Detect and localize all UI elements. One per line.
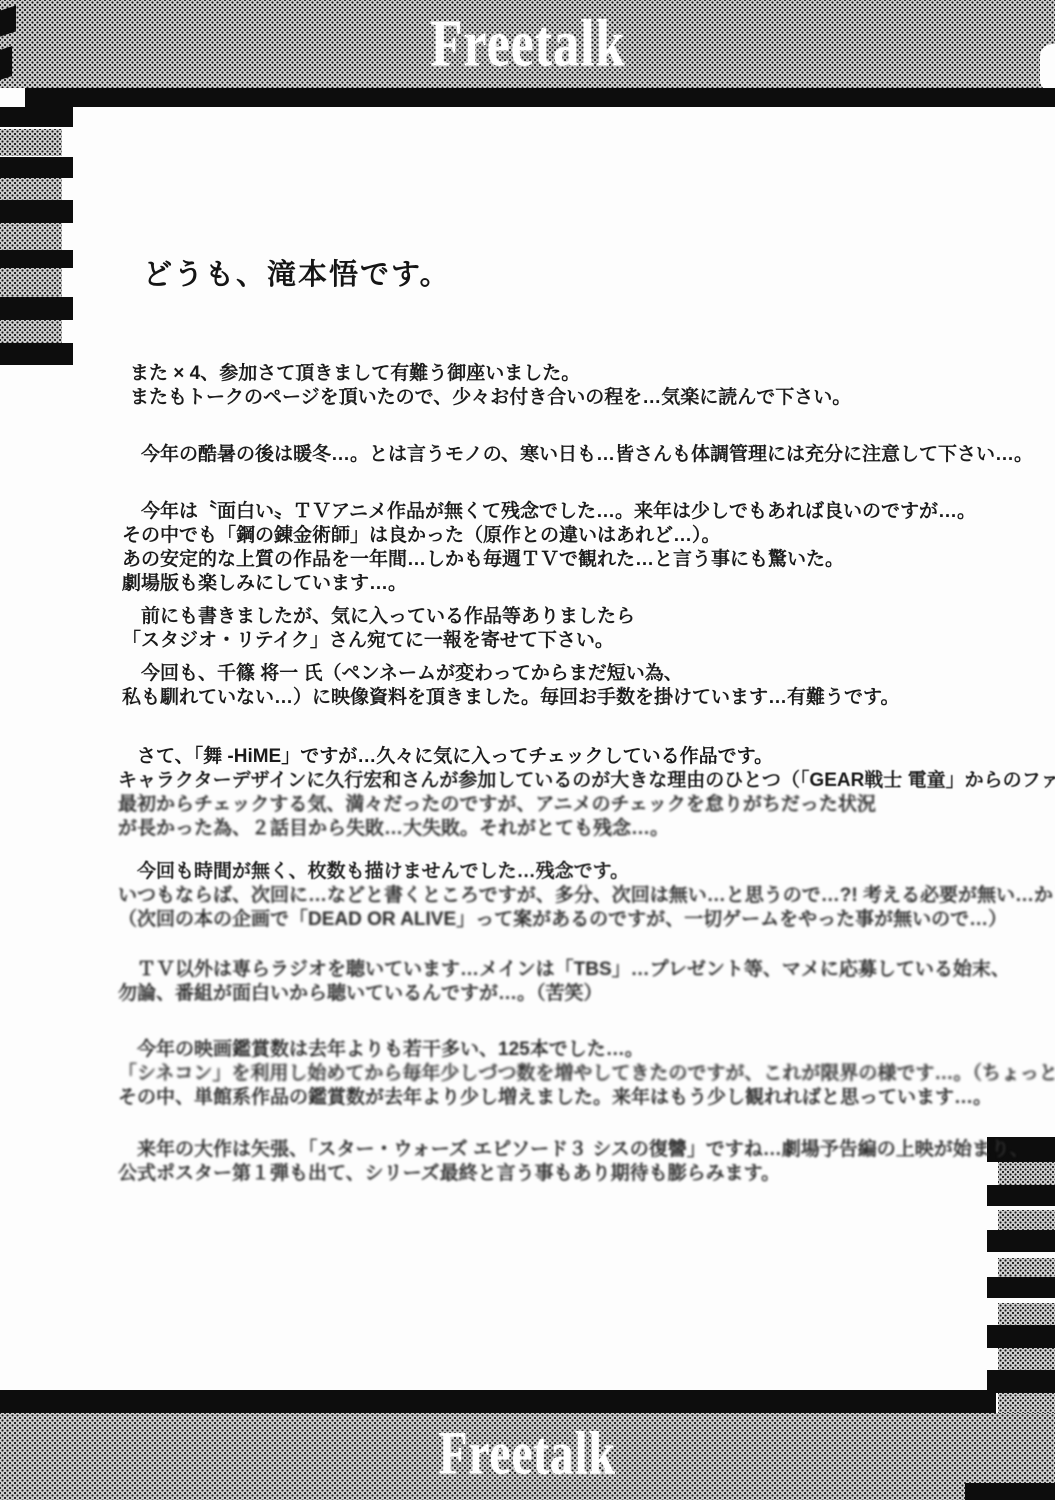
paragraph: 来年の大作は矢張、「スター・ウォーズ エピソード３ シスの復讐」ですね…劇場予告… <box>118 1138 1029 1186</box>
paragraph: 今年の映画鑑賞数は去年よりも若干多い、125本でした…。 「シネコン」を利用し始… <box>118 1038 1055 1110</box>
footer-banner: Freetalk <box>0 1413 1055 1500</box>
header-banner: Freetalk <box>0 0 1055 88</box>
left-stripe-black <box>0 297 73 320</box>
paragraph-line: 「スタジオ・リテイク」さん宛てに一報を寄せて下さい。 <box>122 629 635 653</box>
left-stripe-black <box>0 107 73 127</box>
paragraph-line: 「シネコン」を利用し始めてから毎年少しづつ数を増やしてきたのですが、これが限界の… <box>118 1062 1055 1086</box>
paragraph: 今年は〝面白い〟ＴＶアニメ作品が無くて残念でした…。来年は少しでもあれば良いので… <box>122 500 976 596</box>
right-stripe-black <box>987 1230 1055 1252</box>
paragraph-line: キャラクターデザインに久行宏和さんが参加しているのが大きな理由のひとつ（「GEA… <box>118 769 1055 793</box>
scan-edge-mark <box>0 5 16 36</box>
scan-edge-mark <box>0 46 12 80</box>
paragraph-line: いつもならば、次回に…などと書くところですが、多分、次回は無い…と思うので…?!… <box>118 884 1055 908</box>
scanned-freetalk-page: Freetalk Freetalk どうも、滝本悟です。 また × 4、参加さて… <box>0 0 1055 1500</box>
paragraph-line: さて、「舞 -HiME」ですが…久々に気に入ってチェックしている作品です。 <box>118 745 1055 769</box>
paragraph: また × 4、参加さて頂きまして有難う御座いました。 またもトークのページを頂い… <box>130 362 851 410</box>
paragraph-line: 今回も、千篠 将一 氏（ペンネームが変わってからまだ短い為、 <box>122 662 899 686</box>
left-stripe-halftone <box>0 320 62 343</box>
left-stripe-black <box>0 250 73 268</box>
paragraph-line: あの安定的な上質の作品を一年間…しかも毎週ＴＶで観れた…と言う事にも驚いた。 <box>122 548 976 572</box>
paragraph-line: 劇場版も楽しみにしています…。 <box>122 572 976 596</box>
paragraph-line: 最初からチェックする気、満々だったのですが、アニメのチェックを怠りがちだった状況 <box>118 793 1055 817</box>
paragraph-line: ＴＶ以外は専らラジオを聴いています…メインは「TBS」…プレゼント等、マメに応募… <box>118 958 1010 982</box>
paragraph-line: また × 4、参加さて頂きまして有難う御座いました。 <box>130 362 851 386</box>
footer-divider-bar <box>0 1390 996 1413</box>
paragraph-line: 今年の酷暑の後は暖冬…。とは言うモノの、寒い日も…皆さんも体調管理には充分に注意… <box>122 443 1033 467</box>
right-stripe-black <box>987 1185 1055 1206</box>
header-divider-bar <box>25 88 1055 107</box>
left-stripe-halftone <box>0 178 62 200</box>
paragraph-line: 今年の映画鑑賞数は去年よりも若干多い、125本でした…。 <box>118 1038 1055 1062</box>
paragraph-line: 公式ポスター第１弾も出て、シリーズ最終と言う事もあり期待も膨らみます。 <box>118 1162 1029 1186</box>
right-stripe-halftone <box>998 1348 1055 1370</box>
left-stripe-halftone <box>0 129 62 156</box>
right-stripe-halftone <box>998 1393 1055 1413</box>
left-stripe-black <box>0 343 73 365</box>
right-stripe-halftone <box>998 1303 1055 1325</box>
paragraph-line: （次回の本の企画で「DEAD OR ALIVE」って案があるのですが、一切ゲーム… <box>118 908 1055 932</box>
paragraph-line: 来年の大作は矢張、「スター・ウォーズ エピソード３ シスの復讐」ですね…劇場予告… <box>118 1138 1029 1162</box>
bottom-right-corner-block <box>965 1483 1055 1500</box>
paragraph: 今回も、千篠 将一 氏（ペンネームが変わってからまだ短い為、 私も馴れていない…… <box>122 662 899 710</box>
paragraph-line: その中でも「鋼の錬金術師」は良かった（原作との違いはあれど…）。 <box>122 524 976 548</box>
paragraph-line: 私も馴れていない…）に映像資料を頂きました。毎回お手数を掛けています…有難うです… <box>122 686 899 710</box>
paragraph-line: が長かった為、２話目から失敗…大失敗。それがとても残念…。 <box>118 817 1055 841</box>
paragraph-line: その中、単館系作品の鑑賞数が去年より少し増えました。来年はもう少し観れればと思っ… <box>118 1086 1055 1110</box>
paragraph: 今年の酷暑の後は暖冬…。とは言うモノの、寒い日も…皆さんも体調管理には充分に注意… <box>122 443 1033 467</box>
paragraph-line: 勿論、番組が面白いから聴いているんですが…。（苦笑） <box>118 982 1010 1006</box>
header-banner-title: Freetalk <box>430 10 625 77</box>
paragraph: 今回も時間が無く、枚数も描けませんでした…残念です。 いつもならば、次回に…など… <box>118 860 1055 932</box>
left-stripe-halftone <box>0 223 62 250</box>
right-stripe-black <box>987 1370 1055 1393</box>
page-title: どうも、滝本悟です。 <box>143 252 451 293</box>
left-stripe-black <box>0 200 73 223</box>
right-stripe-black <box>987 1277 1055 1298</box>
left-stripe-halftone <box>0 268 62 297</box>
right-stripe-halftone <box>998 1210 1055 1230</box>
right-stripe-black <box>987 1325 1055 1348</box>
paragraph-line: 前にも書きましたが、気に入っている作品等ありましたら <box>122 605 635 629</box>
paragraph-line: またもトークのページを頂いたので、少々お付き合いの程を…気楽に読んで下さい。 <box>130 386 851 410</box>
paragraph: 前にも書きましたが、気に入っている作品等ありましたら 「スタジオ・リテイク」さん… <box>122 605 635 653</box>
right-stripe-halftone <box>998 1258 1055 1277</box>
footer-banner-title: Freetalk <box>439 1423 616 1484</box>
paragraph-line: 今年は〝面白い〟ＴＶアニメ作品が無くて残念でした…。来年は少しでもあれば良いので… <box>122 500 976 524</box>
scan-notch <box>1040 44 1055 92</box>
left-stripe-black <box>0 157 73 178</box>
paragraph-line: 今回も時間が無く、枚数も描けませんでした…残念です。 <box>118 860 1055 884</box>
paragraph: ＴＶ以外は専らラジオを聴いています…メインは「TBS」…プレゼント等、マメに応募… <box>118 958 1010 1006</box>
paragraph: さて、「舞 -HiME」ですが…久々に気に入ってチェックしている作品です。 キャ… <box>118 745 1055 841</box>
